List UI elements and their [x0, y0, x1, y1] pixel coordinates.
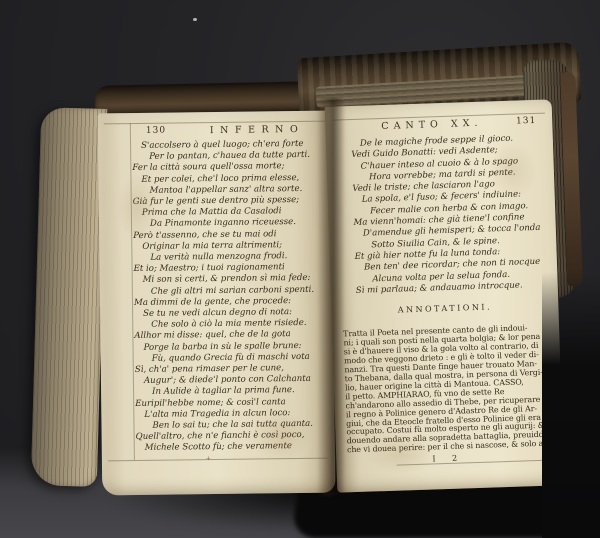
gutter-shadow: [317, 98, 345, 496]
folio-number-right: 131: [516, 116, 537, 127]
verse-line: Che gli altri mi sarian carboni spenti.: [151, 284, 330, 297]
rule-center-mark: +: [206, 456, 211, 461]
page-stain: [366, 433, 437, 475]
right-side-shadow: [542, 272, 600, 538]
page-stain: [251, 411, 312, 462]
annotation-lines: Tratta il Poeta nel presente canto de gl…: [343, 323, 557, 455]
running-title-right: CANTO XX.: [381, 118, 482, 132]
folio-number-left: 130: [146, 126, 166, 136]
verse-lines-left: S'accolsero à quel luogo; ch'era fortePe…: [132, 139, 332, 455]
left-page: 130 INFERNO S'accolsero à quel luogo; ch…: [98, 111, 336, 496]
left-fore-edge: [31, 107, 108, 487]
running-title-left: INFERNO: [210, 124, 304, 136]
page-stain: [116, 173, 157, 243]
annotations-heading: ANNOTATIONI.: [331, 300, 558, 317]
photo-scene: 130 INFERNO S'accolsero à quel luogo; ch…: [0, 0, 600, 538]
dust-speck: [193, 18, 197, 21]
right-page: CANTO XX. 131 De le magiche frode seppe …: [325, 99, 565, 492]
